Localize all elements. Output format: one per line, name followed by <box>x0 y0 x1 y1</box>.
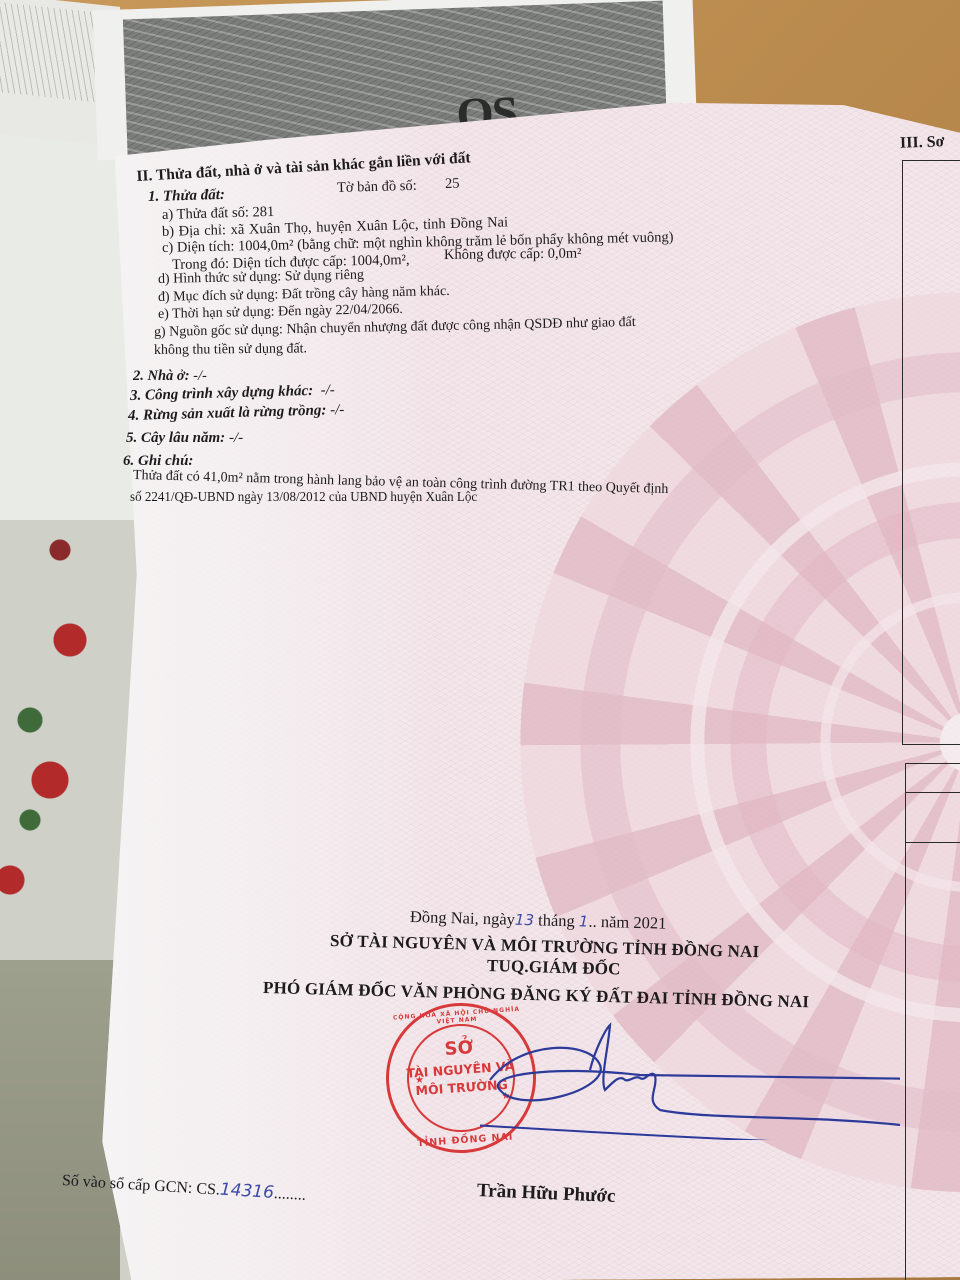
item-1-heading: 1. Thửa đất: <box>148 187 225 206</box>
handwritten-month: 1 <box>579 912 589 930</box>
usage-origin-continued: không thu tiền sử dụng đất. <box>154 341 307 359</box>
section-iii-title: III. Sơ <box>900 133 945 153</box>
item-5-perennial-trees: 5. Cây lâu năm: -/- <box>126 430 243 447</box>
notes-line-2: số 2241/QĐ-UBND ngày 13/08/2012 của UBND… <box>130 490 477 506</box>
map-sheet-value: 25 <box>445 176 460 193</box>
item-2-house: 2. Nhà ở: -/- <box>133 368 207 385</box>
on-behalf-of: TUQ.GIÁM ĐỐC <box>487 956 621 979</box>
section-iii-table-frame <box>905 763 960 1280</box>
map-sheet-label: Tờ bản đồ số: <box>337 178 417 197</box>
non-granted-area: Không được cấp: 0,0m² <box>444 246 582 264</box>
handwritten-registry-number: 14316 <box>219 1180 274 1203</box>
handwritten-signature <box>480 1020 900 1140</box>
fabric-shadow <box>0 960 120 1280</box>
handwritten-day: 13 <box>515 911 535 929</box>
section-iii-diagram-frame <box>902 160 960 745</box>
